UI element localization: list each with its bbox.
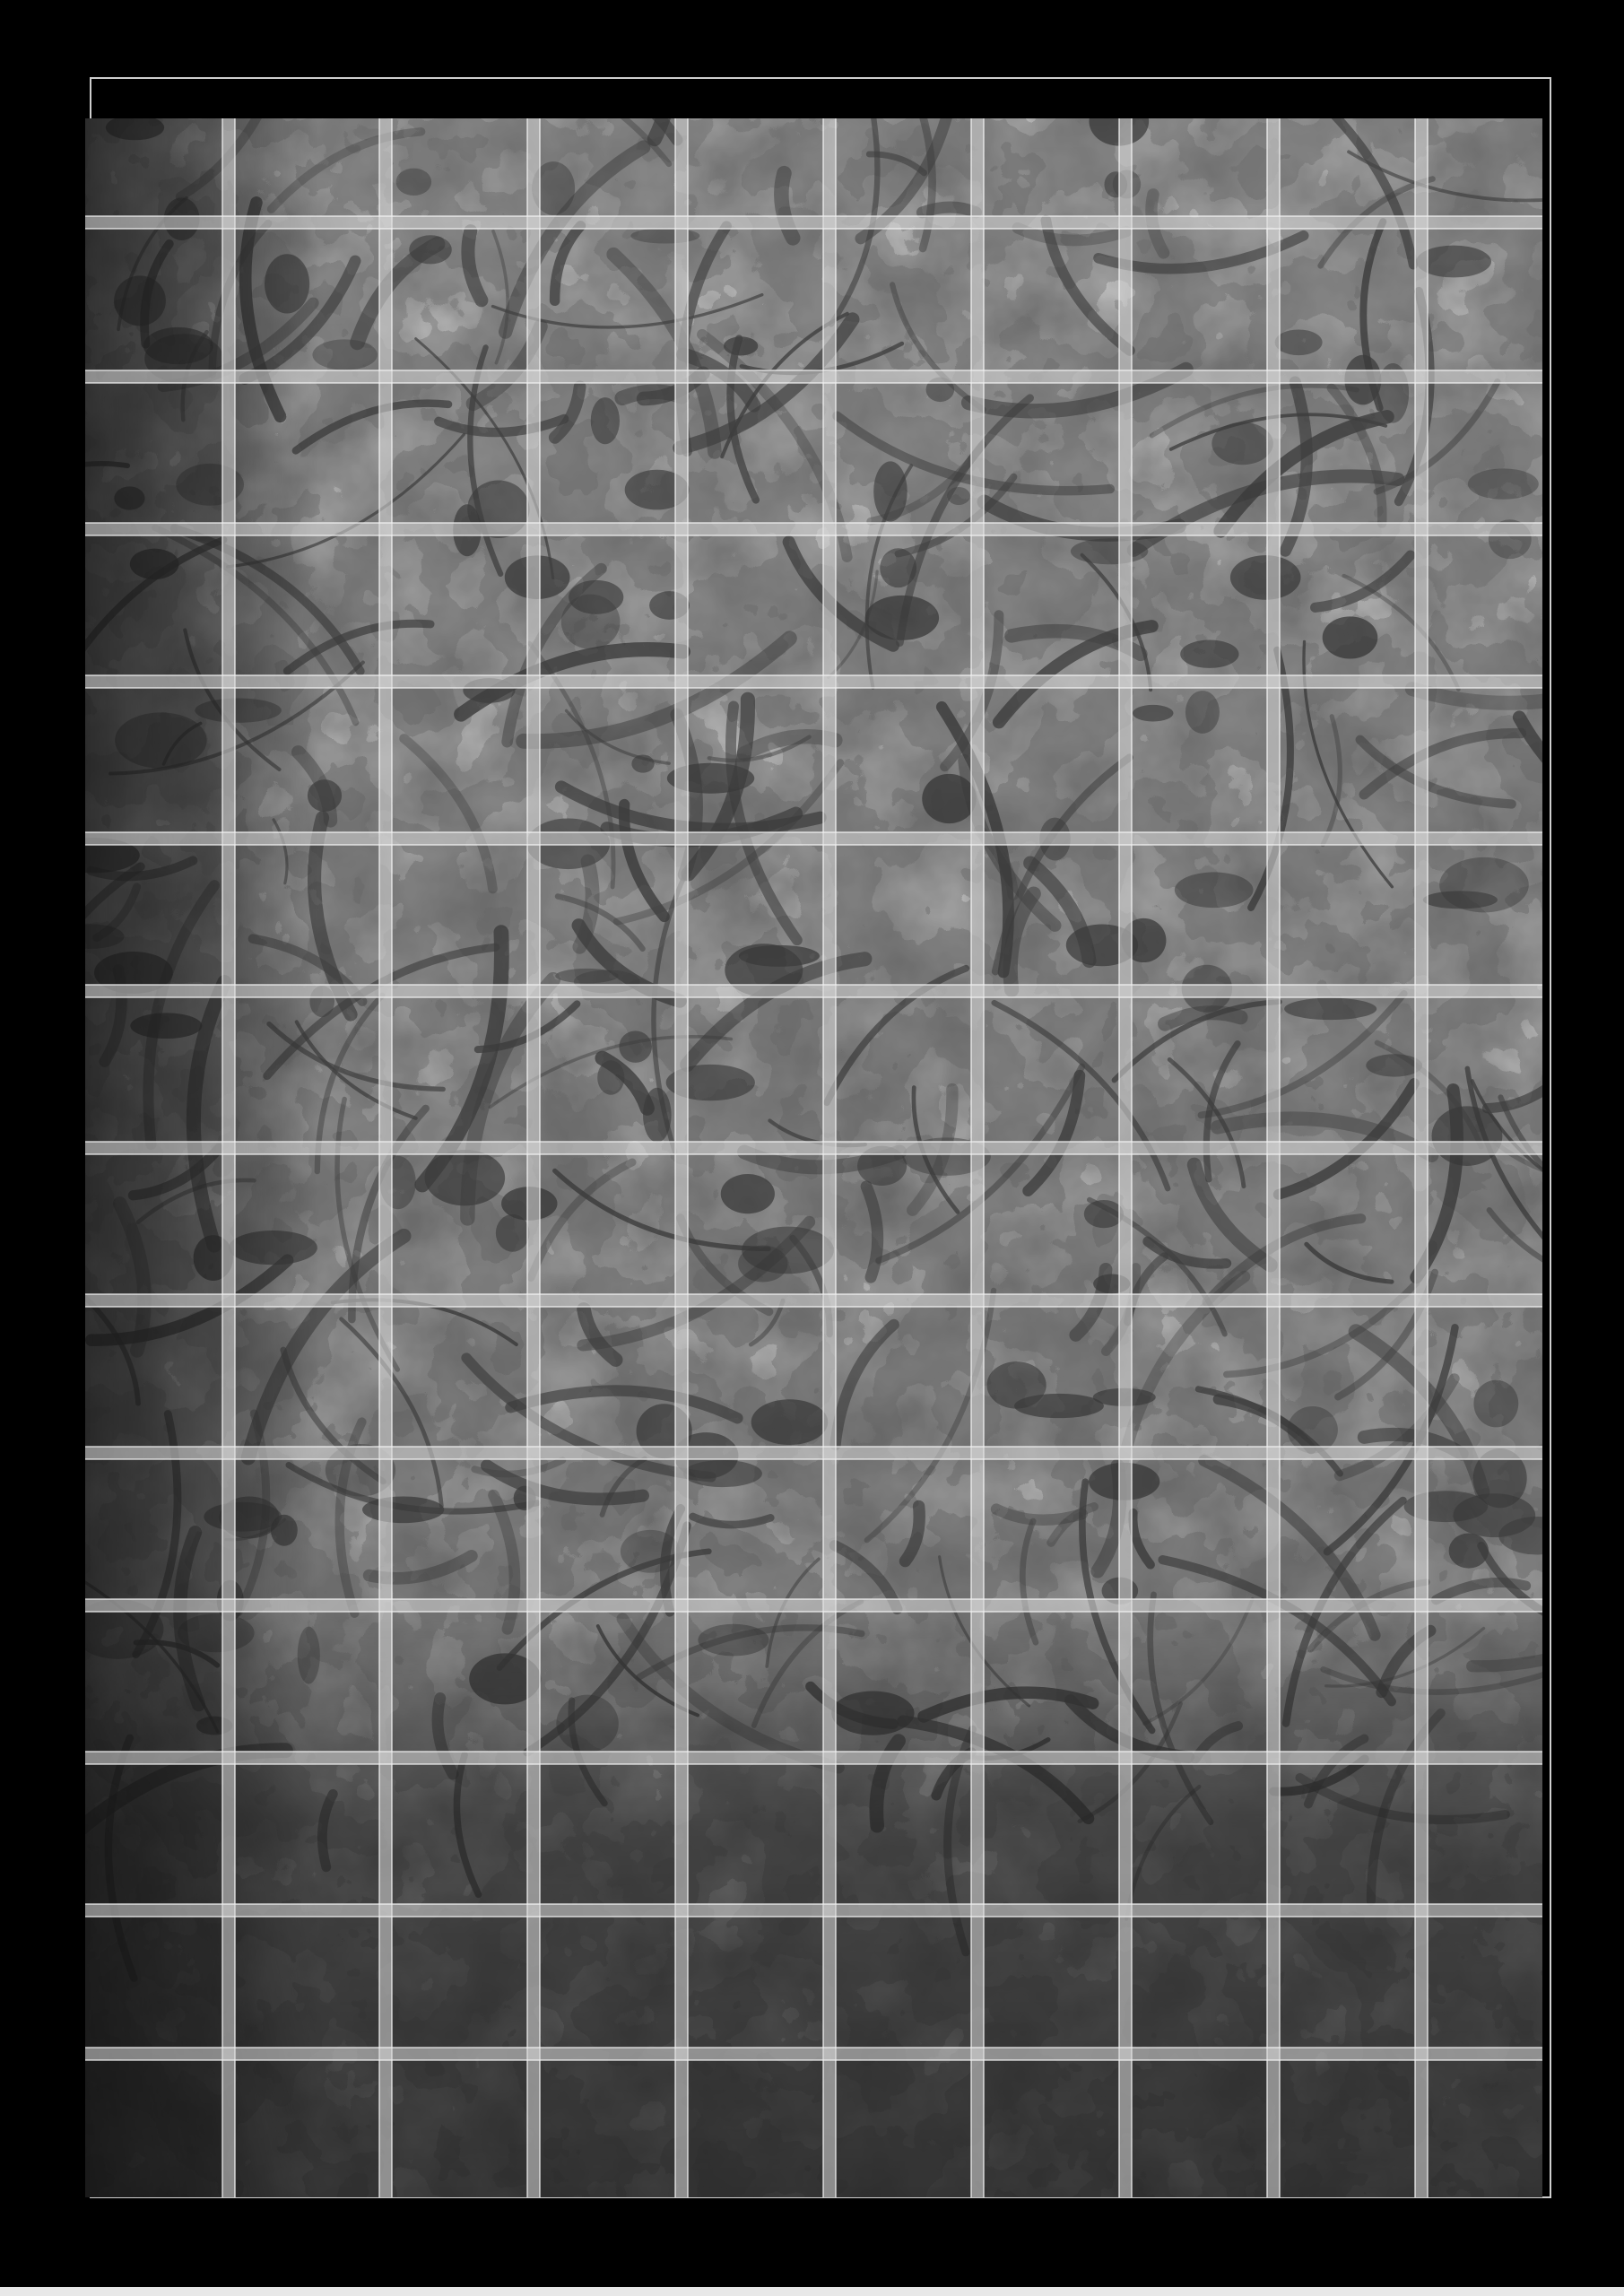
scan-edge — [0, 2287, 1624, 2296]
foliage-painting — [85, 118, 1542, 2197]
artwork-panel — [85, 118, 1542, 2197]
